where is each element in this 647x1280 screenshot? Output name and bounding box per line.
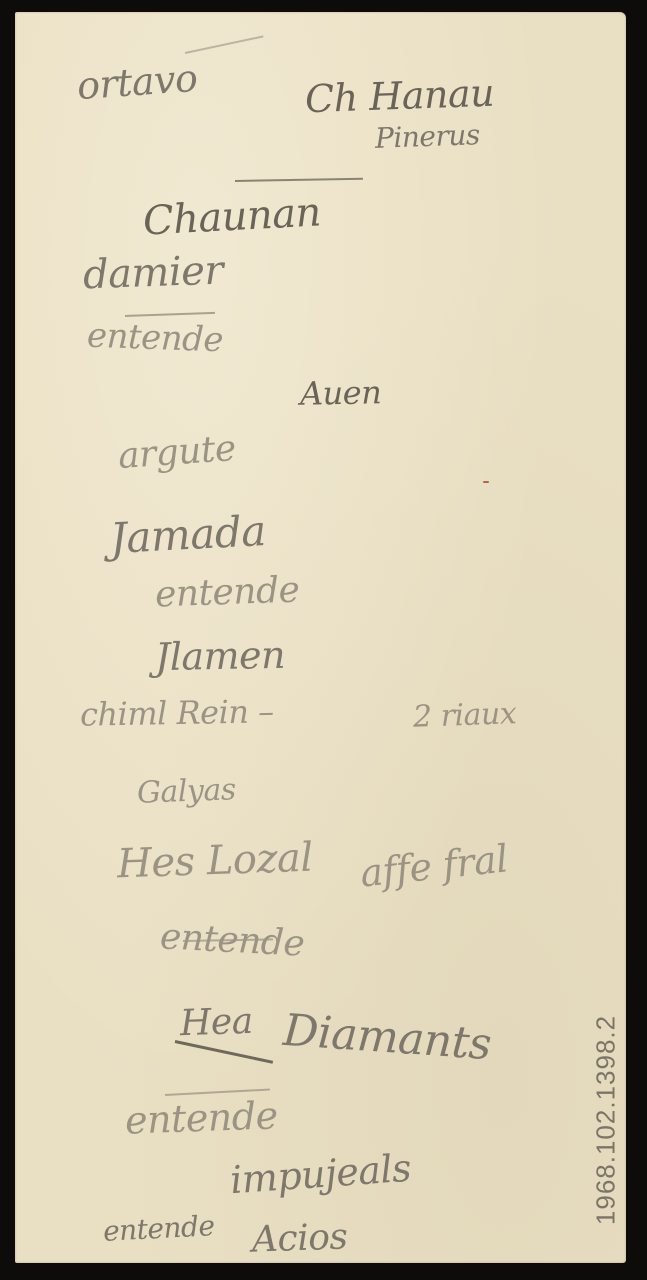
handwritten-line: Pinerus — [374, 118, 480, 155]
paper-speck — [483, 481, 489, 483]
handwritten-line: Auen — [300, 373, 382, 412]
handwritten-line: Jamada — [109, 506, 267, 563]
handwritten-line: affe fral — [358, 836, 510, 895]
scan-background: ortavo Ch Hanau Pinerus Chaunan damier e… — [0, 0, 647, 1280]
pencil-stroke — [185, 35, 264, 53]
handwritten-line: chiml Rein – — [80, 692, 274, 733]
handwritten-line: Galyas — [136, 772, 236, 810]
catalog-number: 1968.102.1398.2 — [591, 1015, 622, 1225]
handwritten-line: Hes Lozal — [116, 835, 313, 888]
handwritten-line: Acios — [251, 1216, 348, 1260]
handwritten-line: 2 riaux — [412, 696, 516, 735]
handwritten-line: entende — [124, 1093, 278, 1142]
strikethrough-line — [175, 1040, 273, 1064]
handwritten-line: impujeals — [229, 1146, 413, 1203]
handwritten-line: Diamants — [281, 1005, 492, 1070]
paper-sheet: ortavo Ch Hanau Pinerus Chaunan damier e… — [15, 12, 626, 1263]
handwritten-line: Chaunan — [142, 189, 322, 244]
pencil-overline — [125, 312, 215, 317]
handwritten-line: entende — [86, 316, 223, 361]
handwritten-line: Jlamen — [155, 633, 286, 679]
handwritten-line: entende — [159, 916, 305, 964]
handwritten-line: entende — [154, 569, 300, 615]
handwritten-line: argute — [117, 428, 237, 477]
handwritten-line: entende — [102, 1209, 215, 1248]
crossed-out-word: Hea — [179, 1001, 253, 1045]
handwritten-line: ortavo — [76, 56, 199, 108]
handwritten-line: Ch Hanau — [304, 71, 494, 122]
pencil-overline — [235, 178, 363, 182]
handwritten-line: damier — [82, 248, 223, 299]
